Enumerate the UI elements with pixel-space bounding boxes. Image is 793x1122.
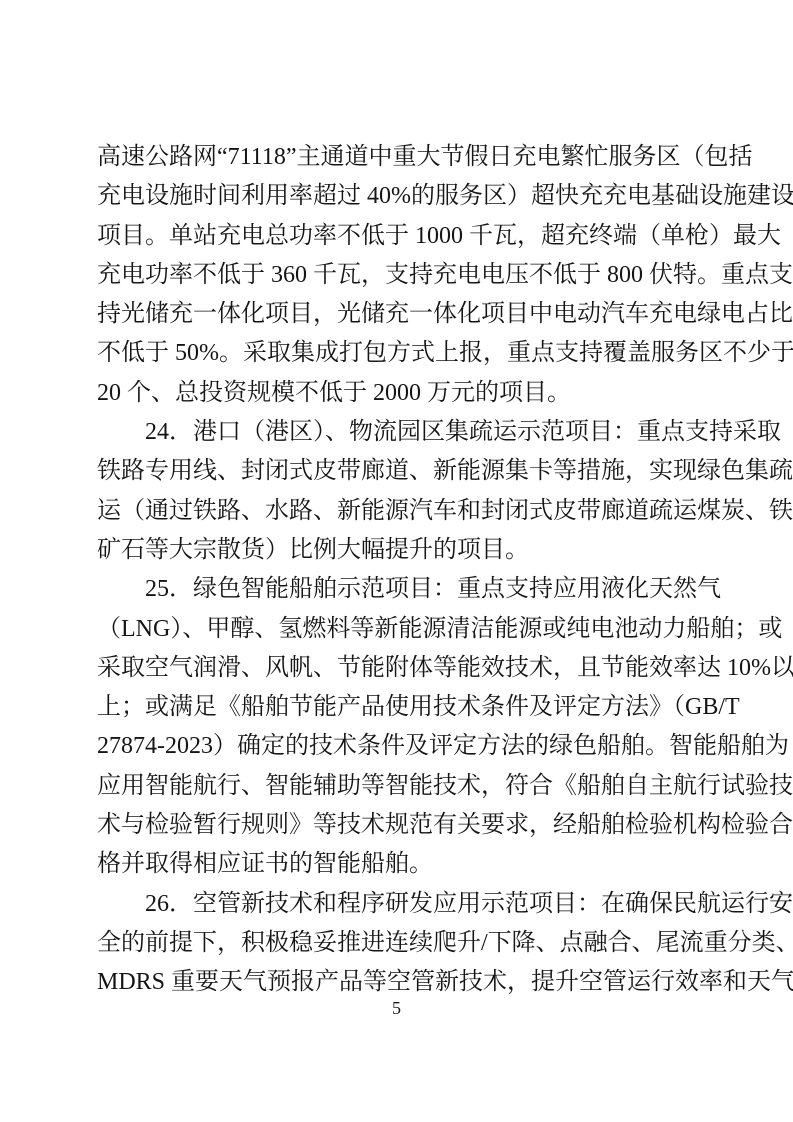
text-line: 充电功率不低于 360 千瓦，支持充电电压不低于 800 伏特。重点支 (97, 256, 697, 295)
text-line: 不低于 50%。采取集成打包方式上报，重点支持覆盖服务区不少于 (97, 334, 697, 373)
paragraph-item-25-green-smart-ships: 25．绿色智能船舶示范项目：重点支持应用液化天然气 （LNG）、甲醇、氢燃料等新… (97, 570, 697, 884)
text-line: 24．港口（港区）、物流园区集疏运示范项目：重点支持采取 (97, 413, 697, 452)
text-line: 持光储充一体化项目，光储充一体化项目中电动汽车充电绿电占比 (97, 295, 697, 334)
text-line: 格并取得相应证书的智能船舶。 (97, 845, 697, 884)
text-line: （LNG）、甲醇、氢燃料等新能源清洁能源或纯电池动力船舶；或 (97, 610, 697, 649)
text-line: 20 个、总投资规模不低于 2000 万元的项目。 (97, 374, 697, 413)
text-line: 上；或满足《船舶节能产品使用技术条件及评定方法》（GB/T (97, 688, 697, 727)
text-line: 全的前提下，积极稳妥推进连续爬升/下降、点融合、尾流重分类、 (97, 924, 697, 963)
document-page: 高速公路网“71118”主通道中重大节假日充电繁忙服务区（包括 充电设施时间利用… (0, 0, 793, 1122)
text-line: 26．空管新技术和程序研发应用示范项目：在确保民航运行安 (97, 885, 697, 924)
text-line: 25．绿色智能船舶示范项目：重点支持应用液化天然气 (97, 570, 697, 609)
text-line: 项目。单站充电总功率不低于 1000 千瓦，超充终端（单枪）最大 (97, 217, 697, 256)
page-number: 5 (0, 997, 793, 1019)
text-line: 铁路专用线、封闭式皮带廊道、新能源集卡等措施，实现绿色集疏 (97, 452, 697, 491)
text-line: 术与检验暂行规则》等技术规范有关要求，经船舶检验机构检验合 (97, 806, 697, 845)
text-line: 高速公路网“71118”主通道中重大节假日充电繁忙服务区（包括 (97, 138, 697, 177)
text-line: 应用智能航行、智能辅助等智能技术，符合《船舶自主航行试验技 (97, 767, 697, 806)
paragraph-item-24-port-logistics: 24．港口（港区）、物流园区集疏运示范项目：重点支持采取 铁路专用线、封闭式皮带… (97, 413, 697, 570)
text-line: 矿石等大宗散货）比例大幅提升的项目。 (97, 531, 697, 570)
text-line: 采取空气润滑、风帆、节能附体等能效技术，且节能效率达 10%以 (97, 649, 697, 688)
text-line: 运（通过铁路、水路、新能源汽车和封闭式皮带廊道疏运煤炭、铁 (97, 492, 697, 531)
paragraph-continued-charging-infrastructure: 高速公路网“71118”主通道中重大节假日充电繁忙服务区（包括 充电设施时间利用… (97, 138, 697, 413)
text-line: 27874-2023）确定的技术条件及评定方法的绿色船舶。智能船舶为 (97, 727, 697, 766)
text-line: 充电设施时间利用率超过 40%的服务区）超快充充电基础设施建设 (97, 177, 697, 216)
document-body: 高速公路网“71118”主通道中重大节假日充电繁忙服务区（包括 充电设施时间利用… (97, 138, 697, 1003)
paragraph-item-26-atm-new-technology: 26．空管新技术和程序研发应用示范项目：在确保民航运行安 全的前提下，积极稳妥推… (97, 885, 697, 1003)
